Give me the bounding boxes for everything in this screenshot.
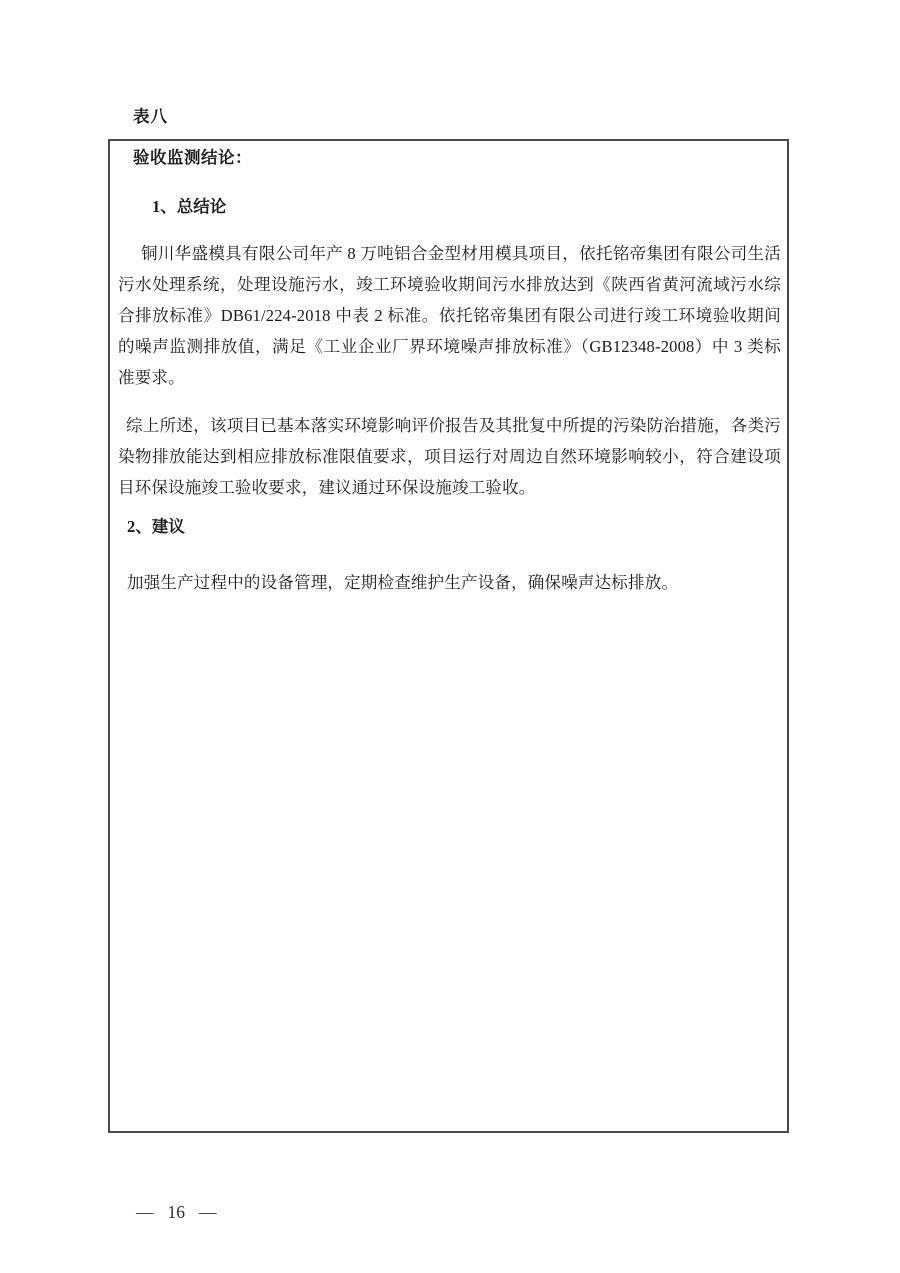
conclusion-table: 验收监测结论： 1、总结论 铜川华盛模具有限公司年产 8 万吨铝合金型材用模具项…: [108, 139, 789, 1133]
paragraph-overall-conclusion: 综上所述，该项目已基本落实环境影响评价报告及其批复中所提的污染防治措施，各类污染…: [118, 410, 781, 503]
page-number: 16: [168, 1202, 186, 1223]
paragraph-suggestion: 加强生产过程中的设备管理，定期检查维护生产设备，确保噪声达标排放。: [118, 567, 781, 598]
conclusion-title: 验收监测结论：: [118, 146, 781, 170]
document-page: 表八 验收监测结论： 1、总结论 铜川华盛模具有限公司年产 8 万吨铝合金型材用…: [0, 0, 900, 1273]
table-label: 表八: [133, 103, 168, 127]
conclusion-table-cell: 验收监测结论： 1、总结论 铜川华盛模具有限公司年产 8 万吨铝合金型材用模具项…: [110, 141, 787, 598]
paragraph-project-summary: 铜川华盛模具有限公司年产 8 万吨铝合金型材用模具项目，依托铭帝集团有限公司生活…: [118, 238, 781, 393]
section-heading-general-conclusion: 1、总结论: [118, 196, 781, 218]
page-footer: — 16 —: [136, 1202, 217, 1223]
footer-left-dash: —: [136, 1202, 154, 1223]
section-heading-suggestions: 2、建议: [118, 516, 781, 538]
footer-right-dash: —: [199, 1202, 217, 1223]
